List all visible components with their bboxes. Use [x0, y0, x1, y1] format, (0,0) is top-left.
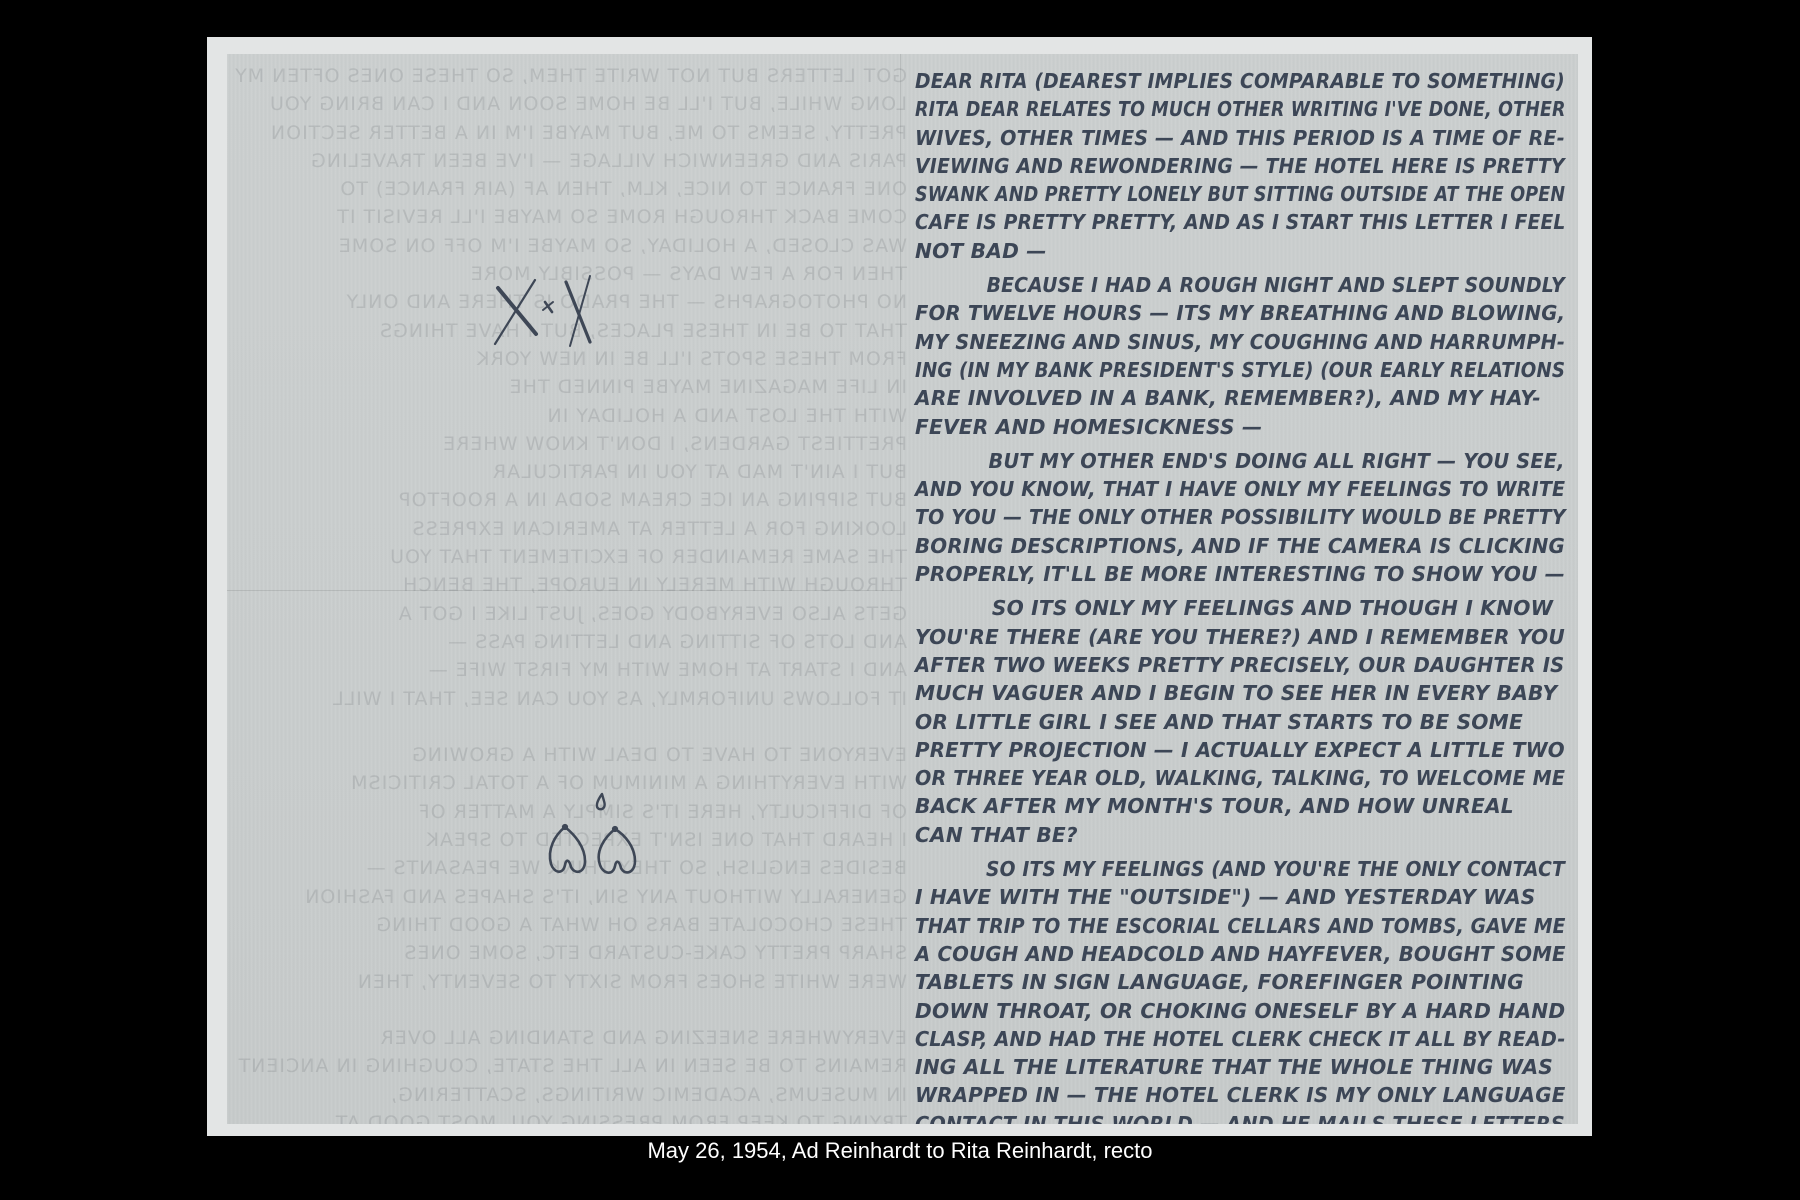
bleed-through-line: through with merely in europe, the bench	[227, 571, 907, 599]
letter-line: So its only my feelings and though I kno…	[915, 594, 1565, 622]
letter-line: you're there (are you there?) and I reme…	[915, 623, 1564, 651]
bleed-through-line	[227, 713, 907, 741]
bleed-through-line: and i start at home with my first wife —	[227, 656, 907, 684]
bleed-through-line: these chocolate bars oh what a good thin…	[227, 911, 907, 939]
letter-line: are involved in a bank, remember?), and …	[915, 384, 1565, 412]
bleed-through-line: one france to nice, klm, then af (air fr…	[227, 175, 907, 203]
letter-line: tablets in sign language, forefinger poi…	[915, 968, 1565, 996]
letter-line: ing (in my bank president's style) (our …	[915, 356, 1502, 384]
bleed-through-line: pretty, seems to me, but maybe i'm in a …	[227, 119, 907, 147]
letter-line: down throat, or choking oneself by a har…	[915, 997, 1565, 1025]
letter-line: ing all the literature that the whole th…	[915, 1053, 1565, 1081]
letter-line: pretty projection — I actually expect a …	[915, 736, 1553, 764]
letter-line: or three year old, walking, talking, to …	[915, 764, 1531, 792]
letter-line: viewing and rewondering — the hotel here…	[915, 152, 1522, 180]
letter-line: So its my feelings (and you're the only …	[915, 855, 1516, 883]
bleed-through-line: trying to keep from pressing you, most g…	[227, 1109, 907, 1124]
letter-line: to you — the only other possibility woul…	[915, 503, 1526, 531]
letter-line: Dear Rita (dearest implies comparable to…	[915, 67, 1518, 95]
bleed-through-line: gets also everybody goes, just like i go…	[227, 600, 907, 628]
letter-line: cafe is pretty pretty, and as I start th…	[915, 208, 1517, 236]
scan-mat-border: got letters but not write them, so these…	[207, 37, 1592, 1136]
letter-line: But my other end's doing all right — you…	[915, 447, 1537, 475]
letter-line: wives, other times — and this period is …	[915, 124, 1531, 152]
vertical-fold-line	[900, 54, 901, 1124]
kisses-x-drawing-icon	[490, 272, 620, 352]
letter-line: much vaguer and I begin to see her in ev…	[915, 679, 1565, 707]
letter-line: Because I had a rough night and slept so…	[915, 271, 1521, 299]
bleed-through-line: in life magazine maybe pinned the	[227, 373, 907, 401]
bleed-through-line: everyone to have to deal with a growing	[227, 741, 907, 769]
bleed-through-line: but sipping an ice cream soda in a rooft…	[227, 486, 907, 514]
bleed-through-line: the same remainder of excitement that yo…	[227, 543, 907, 571]
letter-line: swank and pretty lonely but sitting outs…	[915, 180, 1479, 208]
letter-page: got letters but not write them, so these…	[227, 54, 1578, 1124]
letter-handwritten-text: Dear Rita (dearest implies comparable to…	[915, 67, 1575, 1124]
bleed-through-line: got letters but not write them, so these…	[227, 62, 907, 90]
letter-line: boring descriptions, and if the camera i…	[915, 532, 1553, 560]
bleed-through-line: but i ain't mad at you in particular	[227, 458, 907, 486]
hearts-sketch-drawing-icon	[545, 789, 645, 879]
bleed-through-line	[227, 996, 907, 1024]
letter-line: can that be?	[915, 821, 1565, 849]
letter-line: not bad —	[915, 237, 1565, 265]
letter-line: a cough and headcold and hayfever, bough…	[915, 940, 1550, 968]
bleed-through-line: it follows uniformly, as you can see, th…	[227, 685, 907, 713]
bleed-through-line: long while, but i'll be home soon and i …	[227, 90, 907, 118]
bleed-through-line: looking for a letter at american express	[227, 515, 907, 543]
document-viewer: got letters but not write them, so these…	[0, 0, 1800, 1200]
letter-line: that trip to the Escorial cellars and to…	[915, 912, 1517, 940]
bleed-through-line: were white shoes from sixty to seventy, …	[227, 968, 907, 996]
bleed-through-line: prettiest gardens, i don't know where	[227, 430, 907, 458]
letter-line: and you know, that I have only my feelin…	[915, 475, 1529, 503]
image-caption: May 26, 1954, Ad Reinhardt to Rita Reinh…	[0, 1136, 1800, 1166]
bleed-through-line: remains to be seen in all the state, cou…	[227, 1052, 907, 1080]
bleed-through-line: generally without any sin, it's shapes a…	[227, 883, 907, 911]
letter-line: for twelve hours — its my breathing and …	[915, 299, 1548, 327]
bleed-through-text: got letters but not write them, so these…	[227, 62, 907, 1124]
letter-line: my sneezing and sinus, my coughing and h…	[915, 328, 1535, 356]
bleed-through-line: everywhere sneezing and standing all ove…	[227, 1024, 907, 1052]
bleed-through-line: and lots of sitting and letting pass —	[227, 628, 907, 656]
letter-line: fever and homesickness —	[915, 413, 1565, 441]
letter-line: contact in this world — and he mails the…	[915, 1110, 1535, 1124]
bleed-through-line: in museums, academic writings, scatterin…	[227, 1081, 907, 1109]
bleed-through-line: sharp pretty cake-custard etc, some ones	[227, 939, 907, 967]
letter-line: clasp, and had the hotel clerk check it …	[915, 1025, 1533, 1053]
bleed-through-line: was closed, a holiday, so maybe i'm off …	[227, 232, 907, 260]
letter-line: after two weeks pretty precisely, our da…	[915, 651, 1545, 679]
letter-line: back after my month's tour, and how unre…	[915, 792, 1565, 820]
letter-line: Rita dear relates to much other writing …	[915, 95, 1476, 123]
letter-line: or little girl I see and that starts to …	[915, 708, 1565, 736]
letter-line: properly, it'll be more interesting to s…	[915, 560, 1560, 588]
bleed-through-line: come back through rome so maybe i'll rev…	[227, 203, 907, 231]
letter-line: wrapped in — the hotel clerk is my only …	[915, 1081, 1555, 1109]
bleed-through-line: paris and greenwich village — i've been …	[227, 147, 907, 175]
letter-line: I have with the "outside") — and yesterd…	[915, 883, 1565, 911]
bleed-through-line: with the lost and a holiday in	[227, 402, 907, 430]
horizontal-fold-line	[227, 590, 900, 591]
